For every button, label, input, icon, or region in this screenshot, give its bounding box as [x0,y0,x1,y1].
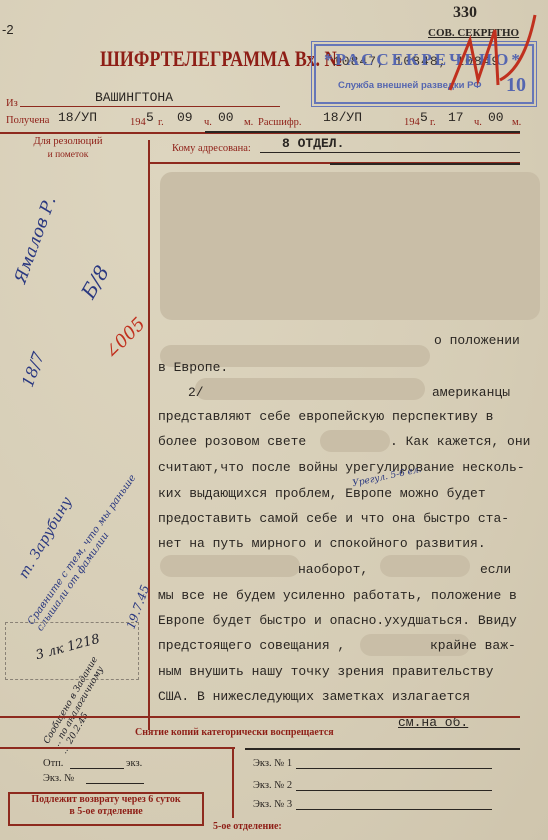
decrypted-year-prefix: 194 [404,117,420,128]
body-line: если [480,562,511,577]
redacted-block [380,555,470,577]
body-line: в Европе. [158,360,228,375]
redacted-block [160,172,540,320]
margin-divider [148,140,150,730]
from-label: Из [6,98,18,109]
faint-registration-stamp [5,622,139,680]
decrypted-minute: 00 [488,110,504,125]
body-line: американцы [432,385,510,400]
decrypted-date: 18/УП [323,110,362,125]
otp-unit: экз. [126,758,142,769]
body-line: Европе будет быстро и опасно.ухудшаться.… [158,613,517,628]
received-label: Получена [6,115,49,126]
decrypted-minute-unit: м. [512,117,521,128]
copy-warning: Снятие копий категорически воспрещается [135,727,334,738]
document-title: ШИФРТЕЛЕГРАММА Вх. № [100,46,343,72]
addressee-value: 8 ОТДЕЛ. [282,136,344,151]
body-line: крайне важ- [430,638,516,653]
body-line: наоборот, [298,562,368,577]
handwritten-note: ∠005 [100,314,150,364]
received-year-unit: г. [158,117,164,128]
body-line: считают,что после войны урегулирование н… [158,460,525,475]
copy-2-label: Экз. № 2 [253,780,292,791]
received-hour-unit: ч. [204,117,212,128]
page-marker: -2 [2,22,14,37]
body-line: представляют себе европейскую перспектив… [158,409,493,424]
received-year: 5 [146,110,154,125]
department-label: 5-ое отделение: [213,821,282,832]
addressee-label: Кому адресована: [172,143,251,154]
handwritten-note: Б/8 [76,261,114,303]
body-line: 2/ [188,385,204,400]
body-line: более розовом свете [158,434,306,449]
return-notice-box: Подлежит возврату через 6 суток в 5-ое о… [8,792,204,826]
return-notice-line2: в 5-ое отделение [10,806,202,818]
body-line: . Как кажется, они [390,434,530,449]
body-line: мы все не будем усиленно работать, полож… [158,588,517,603]
received-minute-unit: м. [244,117,253,128]
decrypted-year: 5 [420,110,428,125]
return-notice-line1: Подлежит возврату через 6 суток [10,794,202,806]
redacted-block [160,555,300,577]
redacted-block [320,430,390,452]
red-ink-signature-icon [440,10,540,100]
body-line: ких выдающихся проблем, Европе можно буд… [158,486,486,501]
body-line: ным внушить нашу точку зрения правительс… [158,664,493,679]
handwritten-note: 18/7 [18,349,48,389]
handwritten-note: Ямалов Р. [11,194,61,287]
margin-label-line1: Для резолюций [18,136,118,147]
body-line: о положении [434,333,520,348]
copy-1-label: Экз. № 1 [253,758,292,769]
body-line: нет на путь мирного и спокойного развити… [158,536,486,551]
received-hour: 09 [177,110,193,125]
ekz-label: Экз. № [43,773,74,784]
decrypted-hour-unit: ч. [474,117,482,128]
copy-3-label: Экз. № 3 [253,799,292,810]
received-minute: 00 [218,110,234,125]
received-year-prefix: 194 [130,117,146,128]
body-line: США. В нижеследующих заметках излагается [158,689,470,704]
margin-label-line2: и пометок [18,150,118,160]
from-value: ВАШИНГТОНА [95,90,173,105]
body-line: предоставить самой себе и что она быстро… [158,511,509,526]
otp-label: Отп. [43,758,63,769]
received-date: 18/УП [58,110,97,125]
decrypted-hour: 17 [448,110,464,125]
body-line: предстоящего совещания , [158,638,345,653]
decrypted-label: Расшифр. [258,117,302,128]
redacted-block [195,378,425,400]
decrypted-year-unit: г. [430,117,436,128]
